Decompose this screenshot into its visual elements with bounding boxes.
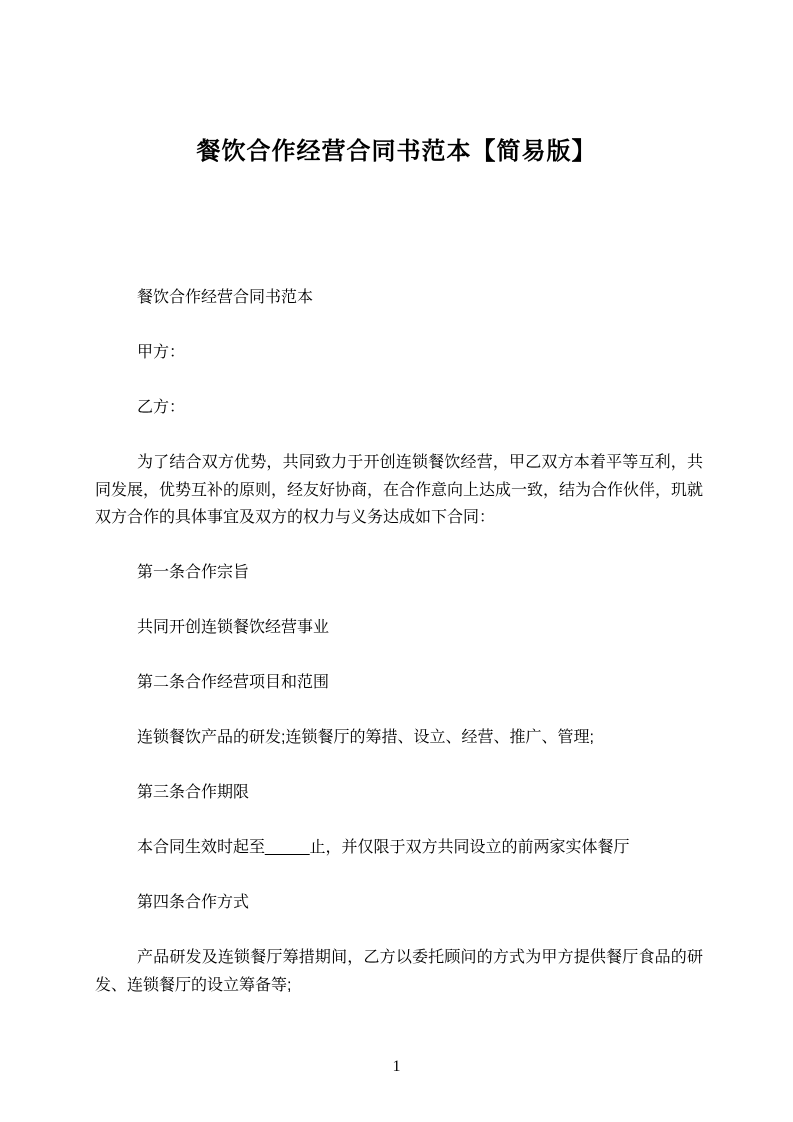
document-title: 餐饮合作经营合同书范本【简易版】 xyxy=(0,0,793,168)
clause-1-content: 共同开创连锁餐饮经营事业 xyxy=(95,614,703,642)
subtitle-line: 餐饮合作经营合同书范本 xyxy=(95,284,703,312)
clause-2-content: 连锁餐饮产品的研发;连锁餐厅的筹措、设立、经营、推广、管理; xyxy=(95,724,703,752)
clause-4-content: 产品研发及连锁餐厅筹措期间，乙方以委托顾问的方式为甲方提供餐厅食品的研发、连锁餐… xyxy=(95,944,703,999)
clause-2-heading: 第二条合作经营项目和范围 xyxy=(95,669,703,697)
page-number: 1 xyxy=(0,1058,793,1076)
document-body: 餐饮合作经营合同书范本 甲方： 乙方： 为了结合双方优势，共同致力于开创连锁餐饮… xyxy=(95,284,703,999)
clause-3-content: 本合同生效时起至_____止，并仅限于双方共同设立的前两家实体餐厅 xyxy=(95,834,703,862)
preamble-paragraph: 为了结合双方优势，共同致力于开创连锁餐饮经营，甲乙双方本着平等互利，共同发展，优… xyxy=(95,449,703,532)
document-page: 餐饮合作经营合同书范本【简易版】 餐饮合作经营合同书范本 甲方： 乙方： 为了结… xyxy=(0,0,793,1122)
party-a-line: 甲方： xyxy=(95,339,703,367)
clause-4-heading: 第四条合作方式 xyxy=(95,889,703,917)
clause-3-heading: 第三条合作期限 xyxy=(95,779,703,807)
clause-1-heading: 第一条合作宗旨 xyxy=(95,559,703,587)
party-b-line: 乙方： xyxy=(95,394,703,422)
